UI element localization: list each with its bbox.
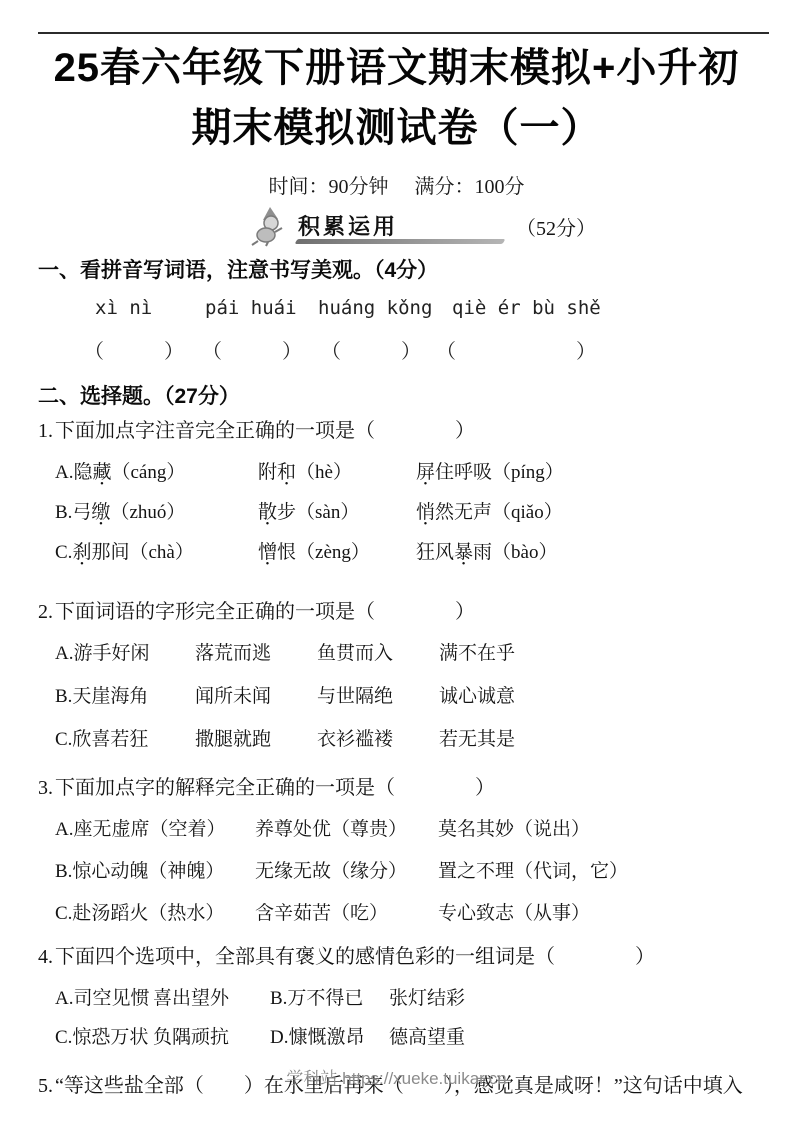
top-rule (38, 32, 769, 34)
question-stem: 1.下面加点字注音完全正确的一项是（ ） (38, 418, 775, 444)
option-text: 养尊处优（尊贵） (255, 814, 438, 841)
answer-blanks-row: （ ） （ ） （ ） （ ） (0, 335, 793, 363)
option-text: 与世隔绝 (317, 681, 439, 708)
option-row: A.隐藏（cáng）附和（hè）屏住呼吸（píng） (38, 457, 775, 497)
question-3: 3.下面加点字的解释完全正确的一项是（ ）A.座无虚席（空着）养尊处优（尊贵）莫… (38, 775, 775, 940)
option-row: B.弓缴（zhuó）散步（sàn）悄然无声（qiǎo） (38, 497, 775, 537)
option-text: 负隅顽抗 (153, 1022, 270, 1049)
option-text: C.惊恐万状 (55, 1022, 153, 1049)
question-2: 2.下面词语的字形完全正确的一项是（ ）A.游手好闲落荒而逃鱼贯而入满不在乎B.… (38, 599, 775, 767)
option-text: B.弓缴（zhuó） (55, 497, 258, 524)
question-number: 1. (38, 420, 53, 442)
banner-score: （52分） (516, 212, 596, 241)
option-row: C.欣喜若狂撒腿就跑衣衫褴褛若无其是 (38, 724, 775, 767)
exam-full-score: 满分：100分 (415, 176, 525, 198)
option-text: 屏住呼吸（píng） (416, 457, 775, 484)
option-text: A.座无虚席（空着） (55, 814, 255, 841)
option-text: 憎恨（zèng） (258, 537, 416, 564)
option-text: 含辛茹苦（吃） (255, 898, 438, 925)
option-text: 悄然无声（qiǎo） (416, 497, 775, 524)
banner-underline (295, 239, 506, 244)
option-text: 闻所未闻 (195, 681, 317, 708)
page-title-line1: 25春六年级下册语文期末模拟+小升初 (0, 38, 793, 98)
option-text: 衣衫褴褛 (317, 724, 439, 751)
page-title: 25春六年级下册语文期末模拟+小升初 期末模拟测试卷（一） (0, 38, 793, 158)
option-text: 撒腿就跑 (195, 724, 317, 751)
option-text: 无缘无故（缘分） (255, 856, 438, 883)
option-row: C.惊恐万状负隅顽抗D.慷慨激昂德高望重 (38, 1022, 775, 1061)
option-row: C.刹那间（chà）憎恨（zèng）狂风暴雨（bào） (38, 537, 775, 577)
option-text: 若无其是 (439, 724, 775, 751)
option-row: A.游手好闲落荒而逃鱼贯而入满不在乎 (38, 638, 775, 681)
option-text: 专心致志（从事） (438, 898, 775, 925)
emphasized-char: 暴 (454, 537, 473, 564)
pinyin-word: pái huái (205, 297, 297, 319)
option-text: B.天崖海角 (55, 681, 195, 708)
section-banner: 积累运用 （52分） (248, 204, 588, 250)
emphasized-char: 藏 (92, 457, 111, 484)
exam-meta: 时间：90分钟满分：100分 (0, 170, 793, 199)
pinyin-word: huáng kǒng (318, 297, 432, 319)
option-rows: A.游手好闲落荒而逃鱼贯而入满不在乎B.天崖海角闻所未闻与世隔绝诚心诚意C.欣喜… (38, 638, 775, 767)
section1-heading: 一、看拼音写词语，注意书写美观。（4分） (38, 254, 438, 284)
page-title-line2: 期末模拟测试卷（一） (0, 98, 793, 158)
exam-time: 时间：90分钟 (269, 176, 389, 198)
question-number: 4. (38, 946, 53, 968)
emphasized-char: 悄 (416, 497, 435, 524)
mascot-icon (248, 205, 294, 247)
option-text: 落荒而逃 (195, 638, 317, 665)
option-row: A.座无虚席（空着）养尊处优（尊贵）莫名其妙（说出） (38, 814, 775, 856)
question-number: 2. (38, 601, 53, 623)
option-text: C.赴汤蹈火（热水） (55, 898, 255, 925)
option-text: 满不在乎 (439, 638, 775, 665)
option-text: 置之不理（代词，它） (438, 856, 775, 883)
emphasized-char: 缴 (91, 497, 110, 524)
option-text: 诚心诚意 (439, 681, 775, 708)
emphasized-char: 和 (277, 457, 296, 484)
option-text: 狂风暴雨（bào） (416, 537, 775, 564)
question-stem: 4.下面四个选项中，全部具有褒义的感情色彩的一组词是（ ） (38, 944, 775, 970)
option-text: 散步（sàn） (258, 497, 416, 524)
answer-blank: （ ） (436, 335, 596, 364)
emphasized-char: 散 (258, 497, 277, 524)
option-text: A.隐藏（cáng） (55, 457, 258, 484)
option-text: C.刹那间（chà） (55, 537, 258, 564)
option-text: 德高望重 (389, 1022, 775, 1049)
question-4: 4.下面四个选项中，全部具有褒义的感情色彩的一组词是（ ）A.司空见惯喜出望外B… (38, 944, 775, 1061)
option-rows: A.司空见惯喜出望外B.万不得已张灯结彩C.惊恐万状负隅顽抗D.慷慨激昂德高望重 (38, 983, 775, 1061)
section2-heading: 二、选择题。（27分） (38, 380, 240, 410)
option-row: A.司空见惯喜出望外B.万不得已张灯结彩 (38, 983, 775, 1022)
question-stem: 2.下面词语的字形完全正确的一项是（ ） (38, 599, 775, 625)
option-rows: A.隐藏（cáng）附和（hè）屏住呼吸（píng）B.弓缴（zhuó）散步（s… (38, 457, 775, 577)
option-text: A.司空见惯 (55, 983, 153, 1010)
option-text: C.欣喜若狂 (55, 724, 195, 751)
exam-paper-page: 25春六年级下册语文期末模拟+小升初 期末模拟测试卷（一） 时间：90分钟满分：… (0, 0, 793, 1122)
option-text: 张灯结彩 (389, 983, 775, 1010)
option-text: 附和（hè） (258, 457, 416, 484)
banner-title: 积累运用 (298, 210, 398, 241)
answer-blank: （ ） (84, 335, 184, 364)
answer-blank: （ ） (202, 335, 302, 364)
option-text: 鱼贯而入 (317, 638, 439, 665)
option-text: 莫名其妙（说出） (438, 814, 775, 841)
option-text: B.万不得已 (270, 983, 389, 1010)
option-row: B.天崖海角闻所未闻与世隔绝诚心诚意 (38, 681, 775, 724)
option-text: A.游手好闲 (55, 638, 195, 665)
pinyin-word: qiè ér bù shě (452, 297, 601, 319)
answer-blank: （ ） (321, 335, 421, 364)
question-stem: 3.下面加点字的解释完全正确的一项是（ ） (38, 775, 775, 801)
emphasized-char: 刹 (72, 537, 91, 564)
question-1: 1.下面加点字注音完全正确的一项是（ ）A.隐藏（cáng）附和（hè）屏住呼吸… (38, 418, 775, 577)
option-rows: A.座无虚席（空着）养尊处优（尊贵）莫名其妙（说出）B.惊心动魄（神魄）无缘无故… (38, 814, 775, 940)
site-watermark: 学科站 https://xueke.tuikar.cn (0, 1064, 793, 1089)
option-text: 喜出望外 (153, 983, 270, 1010)
emphasized-char: 屏 (416, 457, 435, 484)
pinyin-word: xì nì (95, 297, 152, 319)
pinyin-row: xì nì pái huái huáng kǒng qiè ér bù shě (0, 297, 793, 323)
option-text: D.慷慨激昂 (270, 1022, 389, 1049)
question-number: 3. (38, 777, 53, 799)
option-text: B.惊心动魄（神魄） (55, 856, 255, 883)
option-row: B.惊心动魄（神魄）无缘无故（缘分）置之不理（代词，它） (38, 856, 775, 898)
option-row: C.赴汤蹈火（热水）含辛茹苦（吃）专心致志（从事） (38, 898, 775, 940)
emphasized-char: 憎 (258, 537, 277, 564)
questions: 1.下面加点字注音完全正确的一项是（ ）A.隐藏（cáng）附和（hè）屏住呼吸… (38, 418, 775, 1099)
